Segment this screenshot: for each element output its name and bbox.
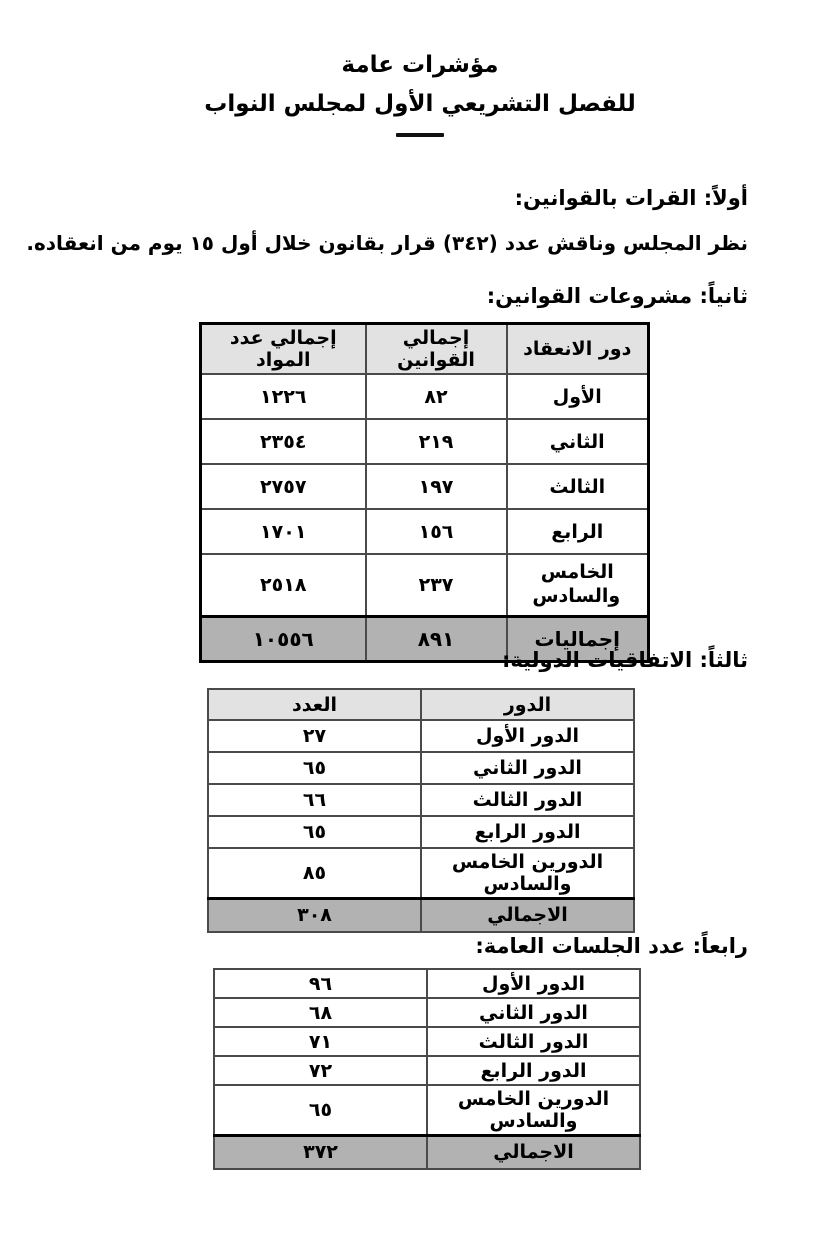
laws-table: دور الانعقاد إجمالي القوانين إجمالي عدد … [199,322,650,663]
row-label-cell: الأول [507,374,649,419]
totals-row: الاجمالي ٣٠٨ [208,899,634,932]
table-row: الأول ٨٢ ١٢٢٦ [201,374,649,419]
column-header-count: العدد [208,689,421,720]
row-label-cell: الثالث [507,464,649,509]
value-cell: ٧١ [214,1027,427,1056]
table-row: الثالث ١٩٧ ٢٧٥٧ [201,464,649,509]
row-label-cell: الدور الرابع [427,1056,640,1085]
row-label-cell: الدور الأول [427,969,640,998]
value-cell: ٢٧٥٧ [201,464,366,509]
column-header-total-articles: إجمالي عدد المواد [201,324,366,375]
value-cell: ١٥٦ [366,509,507,554]
table-row: الدورين الخامس والسادس ٦٥ [214,1085,640,1136]
value-cell: ٩٦ [214,969,427,998]
value-cell: ٨٥ [208,848,421,899]
column-header-total-laws: إجمالي القوانين [366,324,507,375]
page-title: مؤشرات عامة [0,52,840,78]
value-cell: ٧٢ [214,1056,427,1085]
totals-row: الاجمالي ٣٧٢ [214,1136,640,1169]
title-divider [396,133,444,137]
value-cell: ١٧٠١ [201,509,366,554]
laws-header-row: دور الانعقاد إجمالي القوانين إجمالي عدد … [201,324,649,375]
row-label-cell: الثاني [507,419,649,464]
row-label-cell: الدور الأول [421,720,634,752]
page-subtitle: للفصل التشريعي الأول لمجلس النواب [0,91,840,117]
section-heading-third: ثالثاً: الاتفاقيات الدولية: [502,648,748,672]
column-header-session: دور الانعقاد [507,324,649,375]
table-row: الدور الرابع ٦٥ [208,816,634,848]
row-label-cell: الدور الثالث [421,784,634,816]
value-cell: ٦٦ [208,784,421,816]
total-value-cell: ٣٧٢ [214,1136,427,1169]
row-label-cell: الدور الثاني [427,998,640,1027]
agreements-header-row: الدور العدد [208,689,634,720]
value-cell: ٦٥ [208,752,421,784]
value-cell: ٦٨ [214,998,427,1027]
value-cell: ٦٥ [208,816,421,848]
table-row: الدور الثاني ٦٨ [214,998,640,1027]
section-body-first: نظر المجلس وناقش عدد (٣٤٢) قرار بقانون خ… [26,231,748,255]
value-cell: ٢١٩ [366,419,507,464]
section-heading-fourth: رابعاً: عدد الجلسات العامة: [475,934,748,958]
section-heading-second: ثانياً: مشروعات القوانين: [487,284,748,308]
document-page: مؤشرات عامة للفصل التشريعي الأول لمجلس ا… [0,0,840,1240]
value-cell: ١٢٢٦ [201,374,366,419]
table-row: الدور الأول ٩٦ [214,969,640,998]
total-label-cell: الاجمالي [427,1136,640,1169]
table-row: الرابع ١٥٦ ١٧٠١ [201,509,649,554]
table-row: الدور الرابع ٧٢ [214,1056,640,1085]
row-label-cell: الرابع [507,509,649,554]
table-row: الدور الأول ٢٧ [208,720,634,752]
value-cell: ٦٥ [214,1085,427,1136]
column-header-session: الدور [421,689,634,720]
row-label-cell: الدور الثالث [427,1027,640,1056]
total-value-cell: ٣٠٨ [208,899,421,932]
value-cell: ٢٥١٨ [201,554,366,616]
row-label-cell: الدورين الخامس والسادس [427,1085,640,1136]
title-block: مؤشرات عامة للفصل التشريعي الأول لمجلس ا… [0,52,840,137]
total-value-cell: ١٠٥٥٦ [201,616,366,661]
value-cell: ٢٣٥٤ [201,419,366,464]
table-row: الدور الثالث ٧١ [214,1027,640,1056]
table-row: الدور الثالث ٦٦ [208,784,634,816]
total-label-cell: الاجمالي [421,899,634,932]
table-row: الثاني ٢١٩ ٢٣٥٤ [201,419,649,464]
value-cell: ٢٧ [208,720,421,752]
row-label-cell: الدورين الخامس والسادس [421,848,634,899]
value-cell: ١٩٧ [366,464,507,509]
table-row: الدورين الخامس والسادس ٨٥ [208,848,634,899]
row-label-cell: الدور الرابع [421,816,634,848]
row-label-text: الخامس والسادس [534,561,620,609]
total-value-cell: ٨٩١ [366,616,507,661]
section-heading-first: أولاً: القرات بالقوانين: [515,186,748,210]
value-cell: ٨٢ [366,374,507,419]
table-row: الخامس والسادس ٢٣٧ ٢٥١٨ [201,554,649,616]
agreements-table: الدور العدد الدور الأول ٢٧ الدور الثاني … [207,688,635,933]
row-label-cell: الخامس والسادس [507,554,649,616]
value-cell: ٢٣٧ [366,554,507,616]
row-label-cell: الدور الثاني [421,752,634,784]
sessions-table: الدور الأول ٩٦ الدور الثاني ٦٨ الدور الث… [213,968,641,1170]
table-row: الدور الثاني ٦٥ [208,752,634,784]
